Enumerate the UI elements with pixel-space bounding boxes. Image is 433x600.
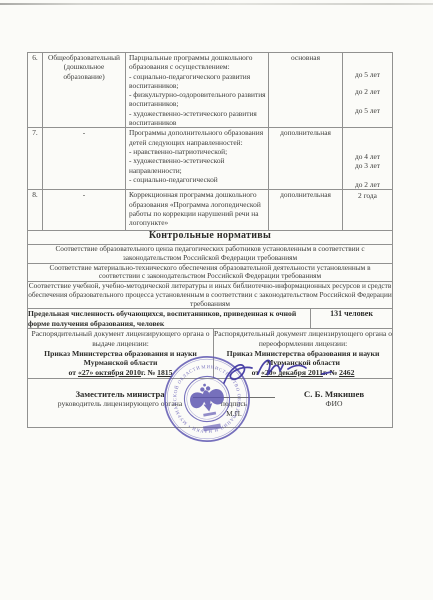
signature-row: Заместитель министра руководитель лиценз… [28, 379, 393, 428]
duration-value: до 5 лет [343, 70, 392, 79]
signer-name-block: С. Б. Мякишев ФИО [280, 389, 388, 409]
date-part: 2462 [339, 368, 354, 377]
program-name-cell: Коррекционная программа дошкольного обра… [126, 190, 269, 231]
signature-caption: подпись [180, 399, 288, 409]
program-level-text: основная [269, 53, 342, 62]
norm-row: Соответствие образовательного ценза педа… [28, 245, 393, 263]
program-level-cell: основная [269, 53, 343, 128]
program-type-text: - [43, 190, 125, 199]
section-header: Контрольные нормативы [28, 231, 393, 245]
signer-name-caption: ФИО [280, 399, 388, 409]
seal-caption: М.П. [180, 409, 288, 419]
date-part: от [252, 368, 261, 377]
row-number-cell: 6. [28, 53, 43, 128]
date-part: «20» декабря 2011 [261, 368, 323, 377]
signer-name: С. Б. Мякишев [280, 389, 388, 399]
issue-order-date: от «27» октября 2010г. № 1815 [28, 368, 213, 378]
program-line: - социально-педагогического развития вос… [126, 72, 268, 91]
signer-post-block: Заместитель министра руководитель лиценз… [36, 389, 204, 409]
duration-value: до 3 лет [343, 161, 392, 170]
program-line: - физкультурно-оздоровительного развития… [126, 90, 268, 109]
program-row-6: 6. Общеобразовательный (дошкольное образ… [28, 53, 393, 128]
date-part: г. № [323, 368, 339, 377]
norm-text: Соответствие образовательного ценза педа… [28, 245, 393, 263]
program-line: - социально-педагогической [126, 175, 268, 184]
date-part: «27» октября 2010 [78, 368, 141, 377]
reissue-order-date: от «20» декабря 2011г. № 2462 [214, 368, 392, 378]
issue-order-title: Приказ Министерства образования и науки … [28, 349, 213, 368]
program-line: Программы дополнительного образования де… [126, 128, 268, 147]
program-row-7: 7. - Программы дополнительного образован… [28, 128, 393, 190]
program-line: - художественно-эстетического развития в… [126, 109, 268, 128]
norm-text: Соответствие материально-технического об… [28, 263, 393, 281]
duration-value: до 5 лет [343, 106, 392, 115]
date-part: 1815 [157, 368, 172, 377]
duration-value: 2 года [343, 191, 392, 200]
enrollment-limit-value: 131 человек [311, 309, 393, 329]
issue-order-cell: Распорядительный документ лицензирующего… [28, 329, 214, 379]
reissue-order-cell: Распорядительный документ лицензирующего… [214, 329, 393, 379]
norm-row: Соответствие материально-технического об… [28, 263, 393, 281]
duration-value: до 2 лет [343, 180, 392, 189]
date-part: от [69, 368, 78, 377]
norm-text: Соответствие учебной, учебно-методическо… [28, 282, 393, 309]
program-type-text: - [43, 128, 125, 137]
duration-cell: до 5 лет до 2 лет до 5 лет [343, 53, 393, 128]
program-level-cell: дополнительная [269, 190, 343, 231]
section-header-row: Контрольные нормативы [28, 231, 393, 245]
enrollment-limit-label: Предельная численность обучающихся, восп… [28, 309, 311, 329]
orders-row: Распорядительный документ лицензирующего… [28, 329, 393, 379]
program-type-text: Общеобразовательный (дошкольное образова… [43, 53, 125, 81]
duration-value: до 4 лет [343, 152, 392, 161]
program-level-cell: дополнительная [269, 128, 343, 190]
row-number-cell: 8. [28, 190, 43, 231]
program-row-8: 8. - Коррекционная программа дошкольного… [28, 190, 393, 231]
program-level-text: дополнительная [269, 128, 342, 137]
row-number-cell: 7. [28, 128, 43, 190]
signer-post: Заместитель министра [36, 389, 204, 399]
program-type-cell: Общеобразовательный (дошкольное образова… [43, 53, 126, 128]
duration-cell: 2 года [343, 190, 393, 231]
issue-order-heading: Распорядительный документ лицензирующего… [28, 329, 213, 348]
reissue-order-heading: Распорядительный документ лицензирующего… [214, 329, 392, 348]
date-part: г. № [141, 368, 157, 377]
enrollment-limit-row: Предельная численность обучающихся, восп… [28, 309, 393, 329]
norm-row: Соответствие учебной, учебно-методическо… [28, 282, 393, 309]
signature-caption-block: подпись М.П. [180, 397, 288, 418]
duration-value: до 2 лет [343, 87, 392, 96]
program-line: Коррекционная программа дошкольного обра… [126, 190, 268, 227]
signature-line [193, 397, 275, 398]
program-level-text: дополнительная [269, 190, 342, 199]
program-name-cell: Парциальные программы дошкольного образо… [126, 53, 269, 128]
reissue-order-title: Приказ Министерства образования и науки … [214, 349, 392, 368]
duration-cell: до 4 лет до 3 лет до 2 лет [343, 128, 393, 190]
program-name-cell: Программы дополнительного образования де… [126, 128, 269, 190]
license-supplement-table: 6. Общеобразовательный (дошкольное образ… [27, 52, 393, 428]
program-type-cell: - [43, 190, 126, 231]
signature-cell: Заместитель министра руководитель лиценз… [28, 379, 393, 428]
program-line: - художественно-эстетической направленно… [126, 156, 268, 175]
signer-post-subtitle: руководитель лицензирующего органа [36, 399, 204, 409]
scan-edge-artifact [0, 3, 433, 5]
program-type-cell: - [43, 128, 126, 190]
program-line: - нравственно-патриотической; [126, 147, 268, 156]
program-line: Парциальные программы дошкольного образо… [126, 53, 268, 72]
